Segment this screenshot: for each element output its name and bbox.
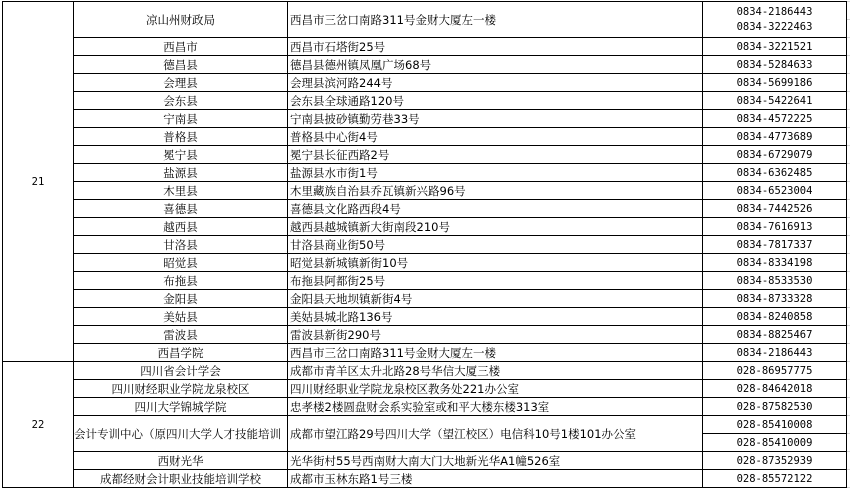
unit-name-cell[interactable]: 西财光华 — [74, 452, 287, 469]
unit-name-cell[interactable]: 木里县 — [74, 182, 287, 199]
grid-line — [2, 1, 3, 488]
unit-name-cell[interactable]: 会东县 — [74, 92, 287, 109]
address-cell[interactable]: 西昌市石塔街25号 — [288, 38, 702, 55]
unit-name-cell[interactable]: 美姑县 — [74, 308, 287, 325]
grid-line — [702, 1, 703, 488]
phone-cell[interactable]: 028-87582530 — [703, 398, 846, 415]
phone-cell[interactable]: 028-87352939 — [703, 452, 846, 469]
phone-cell[interactable]: 0834-8240858 — [703, 308, 846, 325]
phone-cell[interactable]: 0834-6523004 — [703, 182, 846, 199]
phone-cell[interactable]: 028-85410008 — [703, 416, 846, 433]
address-cell[interactable]: 金阳县天地坝镇新街4号 — [288, 290, 702, 307]
phone-cell[interactable]: 0834-6362485 — [703, 164, 846, 181]
phone-cell[interactable]: 0834-8825467 — [703, 326, 846, 343]
phone-cell[interactable]: 0834-5284633 — [703, 56, 846, 73]
phone-number: 0834-2186443 — [737, 5, 813, 20]
address-cell[interactable]: 盐源县水市街1号 — [288, 164, 702, 181]
unit-name-cell[interactable]: 西昌市 — [74, 38, 287, 55]
phone-cell[interactable]: 028-85410009 — [703, 434, 846, 451]
phone-number: 0834-3222463 — [737, 20, 813, 35]
unit-name-cell[interactable]: 雷波县 — [74, 326, 287, 343]
address-cell[interactable]: 昭觉县新城镇新街10号 — [288, 254, 702, 271]
unit-name-cell[interactable]: 四川财经职业学院龙泉校区 — [74, 380, 287, 397]
address-cell[interactable]: 美姑县城北路136号 — [288, 308, 702, 325]
address-cell[interactable]: 德昌县德州镇凤凰广场68号 — [288, 56, 702, 73]
address-cell[interactable]: 成都市望江路29号四川大学（望江校区）电信科10号1楼101办公室 — [288, 416, 702, 451]
phone-cell[interactable]: 0834-7616913 — [703, 218, 846, 235]
address-cell[interactable]: 西昌市三岔口南路311号金财大厦左一楼 — [288, 344, 702, 361]
unit-name-cell[interactable]: 金阳县 — [74, 290, 287, 307]
phone-cell[interactable]: 0834-2186443 — [703, 344, 846, 361]
phone-cell[interactable]: 0834-5422641 — [703, 92, 846, 109]
phone-cell[interactable]: 028-84642018 — [703, 380, 846, 397]
unit-name-cell[interactable]: 德昌县 — [74, 56, 287, 73]
unit-name-cell[interactable]: 会理县 — [74, 74, 287, 91]
unit-name-cell[interactable]: 昭觉县 — [74, 254, 287, 271]
address-cell[interactable]: 普格县中心街4号 — [288, 128, 702, 145]
address-cell[interactable]: 成都市玉林东路1号三楼 — [288, 470, 702, 487]
unit-name-cell[interactable]: 凉山州财政局 — [74, 2, 287, 37]
phone-cell[interactable]: 0834-21864430834-3222463 — [703, 2, 846, 37]
address-cell[interactable]: 成都市青羊区太升北路28号华信大厦三楼 — [288, 362, 702, 379]
phone-cell[interactable]: 0834-8533530 — [703, 272, 846, 289]
grid-line — [73, 1, 74, 488]
unit-name-cell[interactable]: 甘洛县 — [74, 236, 287, 253]
address-cell[interactable]: 冕宁县长征西路2号 — [288, 146, 702, 163]
address-cell[interactable]: 忠孝楼2楼圆盘财会系实验室或和平大楼东楼313室 — [288, 398, 702, 415]
unit-name-cell[interactable]: 盐源县 — [74, 164, 287, 181]
unit-name-cell[interactable]: 西昌学院 — [74, 344, 287, 361]
unit-name-cell[interactable]: 成都经财会计职业技能培训学校 — [74, 470, 287, 487]
unit-name-cell[interactable]: 宁南县 — [74, 110, 287, 127]
group-index-cell[interactable]: 22 — [3, 362, 73, 487]
address-cell[interactable]: 木里藏族自治县乔瓦镇新兴路96号 — [288, 182, 702, 199]
unit-name-cell[interactable]: 四川省会计学会 — [74, 362, 287, 379]
unit-name-cell[interactable]: 会计专训中心（原四川大学人才技能培训 — [74, 416, 287, 451]
phone-cell[interactable]: 0834-5699186 — [703, 74, 846, 91]
address-cell[interactable]: 雷波县新街290号 — [288, 326, 702, 343]
address-cell[interactable]: 宁南县披砂镇勤劳巷33号 — [288, 110, 702, 127]
address-cell[interactable]: 喜德县文化路西段4号 — [288, 200, 702, 217]
unit-name-cell[interactable]: 普格县 — [74, 128, 287, 145]
unit-name-cell[interactable]: 四川大学锦城学院 — [74, 398, 287, 415]
phone-cell[interactable]: 028-85572122 — [703, 470, 846, 487]
grid-line — [2, 487, 73, 488]
address-cell[interactable]: 西昌市三岔口南路311号金财大厦左一楼 — [288, 2, 702, 37]
unit-name-cell[interactable]: 布拖县 — [74, 272, 287, 289]
phone-cell[interactable]: 0834-8334198 — [703, 254, 846, 271]
spreadsheet-table: 凉山州财政局西昌市三岔口南路311号金财大厦左一楼0834-2186443083… — [0, 0, 850, 489]
phone-cell[interactable]: 0834-4773689 — [703, 128, 846, 145]
phone-cell[interactable]: 028-86957775 — [703, 362, 846, 379]
unit-name-cell[interactable]: 喜德县 — [74, 200, 287, 217]
group-index-cell[interactable]: 21 — [3, 2, 73, 361]
phone-cell[interactable]: 0834-7817337 — [703, 236, 846, 253]
phone-cell[interactable]: 0834-8733328 — [703, 290, 846, 307]
phone-cell[interactable]: 0834-6729079 — [703, 146, 846, 163]
address-cell[interactable]: 会东县全球通路120号 — [288, 92, 702, 109]
phone-cell[interactable]: 0834-3221521 — [703, 38, 846, 55]
address-cell[interactable]: 光华街村55号西南财大南大门大地新光华A1幢526室 — [288, 452, 702, 469]
phone-cell[interactable]: 0834-4572225 — [703, 110, 846, 127]
address-cell[interactable]: 越西县越城镇新大街南段210号 — [288, 218, 702, 235]
address-cell[interactable]: 甘洛县商业街50号 — [288, 236, 702, 253]
unit-name-cell[interactable]: 越西县 — [74, 218, 287, 235]
grid-line — [287, 1, 288, 488]
grid-line — [73, 487, 847, 488]
phone-cell[interactable]: 0834-7442526 — [703, 200, 846, 217]
address-cell[interactable]: 布拖县阿都街25号 — [288, 272, 702, 289]
address-cell[interactable]: 会理县滨河路244号 — [288, 74, 702, 91]
grid-line — [702, 433, 846, 434]
address-cell[interactable]: 四川财经职业学院龙泉校区教务处221办公室 — [288, 380, 702, 397]
unit-name-cell[interactable]: 冕宁县 — [74, 146, 287, 163]
